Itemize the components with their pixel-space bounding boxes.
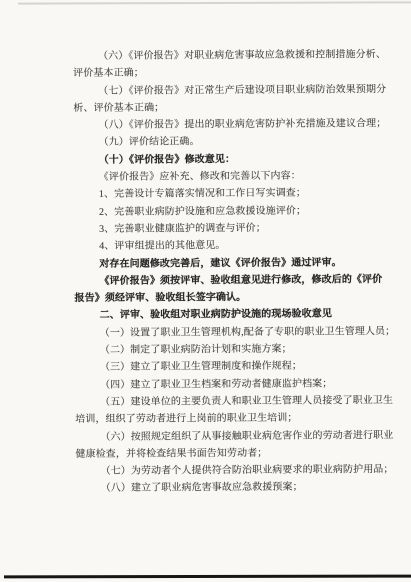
document-heading-line: （十）《评价报告》修改意见： (74, 150, 396, 169)
document-heading-line: 对存在问题修改完善后，建议《评价报告》通过评审。 (74, 254, 396, 273)
scanned-document-page: （六）《评价报告》对职业病危害事故应急救援和控制措施分析、评价基本正确；（七）《… (0, 0, 411, 582)
document-line: 析、评价基本正确； (73, 98, 395, 117)
document-line: （八）建立了职业病危害事故应急救援预案； (76, 478, 398, 497)
document-body: （六）《评价报告》对职业病危害事故应急救援和控制措施分析、评价基本正确；（七）《… (73, 46, 398, 498)
scan-artifact-top-line (18, 1, 411, 4)
document-line: 健康检查，并将检查结果书面告知劳动者； (75, 444, 397, 463)
document-line: （二）制定了职业病防治计划和实施方案； (75, 340, 397, 359)
document-heading-line: 《评价报告》须按评审、验收组意见进行修改，修改后的《评价 (74, 271, 396, 290)
document-line: 2、完善职业病防护设施和应急救援设施评价； (74, 202, 396, 221)
scan-artifact-bottom-line (4, 575, 411, 579)
document-line: 《评价报告》应补充、修改和完善以下内容： (74, 167, 396, 186)
document-line: 4、评审组提出的其他意见。 (74, 236, 396, 255)
document-line: （九）评价结论正确。 (74, 133, 396, 152)
document-line: （四）建立了职业卫生档案和劳动者健康监护档案； (75, 375, 397, 394)
document-line: 1、完善设计专篇落实情况和工作日写实调查； (74, 184, 396, 203)
document-line: （八）《评价报告》提出的职业病危害防护补充措施及建议合理； (73, 115, 395, 134)
document-line: 评价基本正确； (73, 63, 395, 82)
document-line: （五）建设单位的主要负责人和职业卫生管理人员接受了职业卫生 (75, 392, 397, 411)
document-line: （六）《评价报告》对职业病危害事故应急救援和控制措施分析、 (73, 46, 395, 65)
document-line: 培训，组织了劳动者进行上岗前的职业卫生培训； (75, 409, 397, 428)
document-line: （六）按照规定组织了从事接触职业病危害作业的劳动者进行职业 (75, 427, 397, 446)
document-heading-line: 报告》须经评审、验收组长签字确认。 (74, 288, 396, 307)
document-line: （七）《评价报告》对正常生产后建设项目职业病防治效果预期分 (73, 81, 395, 100)
document-heading-line: 二、评审、验收组对职业病防护设施的现场验收意见 (75, 305, 397, 324)
document-line: 3、完善职业健康监护的调查与评价； (74, 219, 396, 238)
document-line: （一）设置了职业卫生管理机构,配备了专职的职业卫生管理人员； (75, 323, 397, 342)
document-line: （七）为劳动者个人提供符合防治职业病要求的职业病防护用品； (76, 461, 398, 480)
document-line: （三）建立了职业卫生管理制度和操作规程； (75, 357, 397, 376)
